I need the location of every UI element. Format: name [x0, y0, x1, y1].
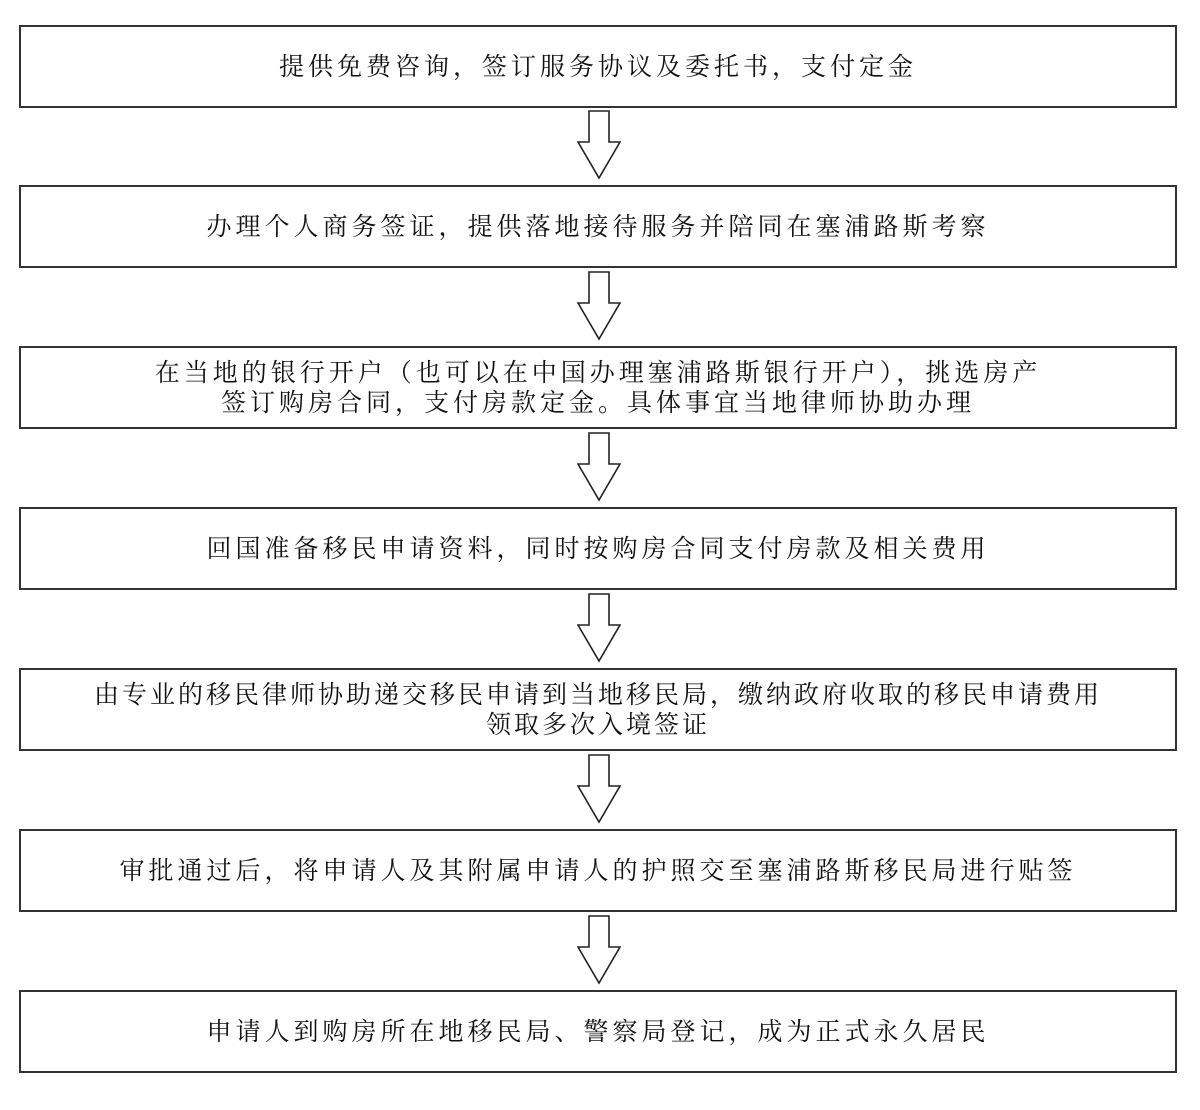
step-text: 办理个人商务签证，提供落地接待服务并陪同在塞浦路斯考察 — [206, 212, 989, 242]
down-arrow-icon — [577, 915, 621, 985]
step-text: 提供免费咨询，签订服务协议及委托书，支付定金 — [279, 52, 917, 82]
down-arrow-icon — [577, 593, 621, 663]
flow-step-1: 提供免费咨询，签订服务协议及委托书，支付定金 — [19, 25, 1177, 108]
step-text: 回国准备移民申请资料，同时按购房合同支付房款及相关费用 — [206, 534, 989, 564]
down-arrow-icon — [577, 754, 621, 824]
down-arrow-icon — [577, 271, 621, 341]
flow-step-7: 申请人到购房所在地移民局、警察局登记，成为正式永久居民 — [19, 990, 1177, 1073]
step-text: 申请人到购房所在地移民局、警察局登记，成为正式永久居民 — [206, 1017, 989, 1047]
step-text-line-1: 由专业的移民律师协助递交移民申请到当地移民局，缴纳政府收取的移民申请费用 — [94, 680, 1102, 710]
step-text: 审批通过后，将申请人及其附属申请人的护照交至塞浦路斯移民局进行贴签 — [119, 856, 1076, 886]
flow-step-3: 在当地的银行开户（也可以在中国办理塞浦路斯银行开户），挑选房产 签订购房合同，支… — [19, 346, 1177, 429]
flow-step-2: 办理个人商务签证，提供落地接待服务并陪同在塞浦路斯考察 — [19, 185, 1177, 268]
down-arrow-icon — [577, 110, 621, 180]
step-text-line-2: 签订购房合同，支付房款定金。具体事宜当地律师协助办理 — [221, 388, 975, 418]
down-arrow-icon — [577, 432, 621, 502]
step-text-line-1: 在当地的银行开户（也可以在中国办理塞浦路斯银行开户），挑选房产 — [155, 358, 1042, 388]
flow-step-4: 回国准备移民申请资料，同时按购房合同支付房款及相关费用 — [19, 507, 1177, 590]
step-text-line-2: 领取多次入境签证 — [486, 710, 710, 740]
flow-step-5: 由专业的移民律师协助递交移民申请到当地移民局，缴纳政府收取的移民申请费用 领取多… — [19, 668, 1177, 751]
flow-step-6: 审批通过后，将申请人及其附属申请人的护照交至塞浦路斯移民局进行贴签 — [19, 829, 1177, 912]
